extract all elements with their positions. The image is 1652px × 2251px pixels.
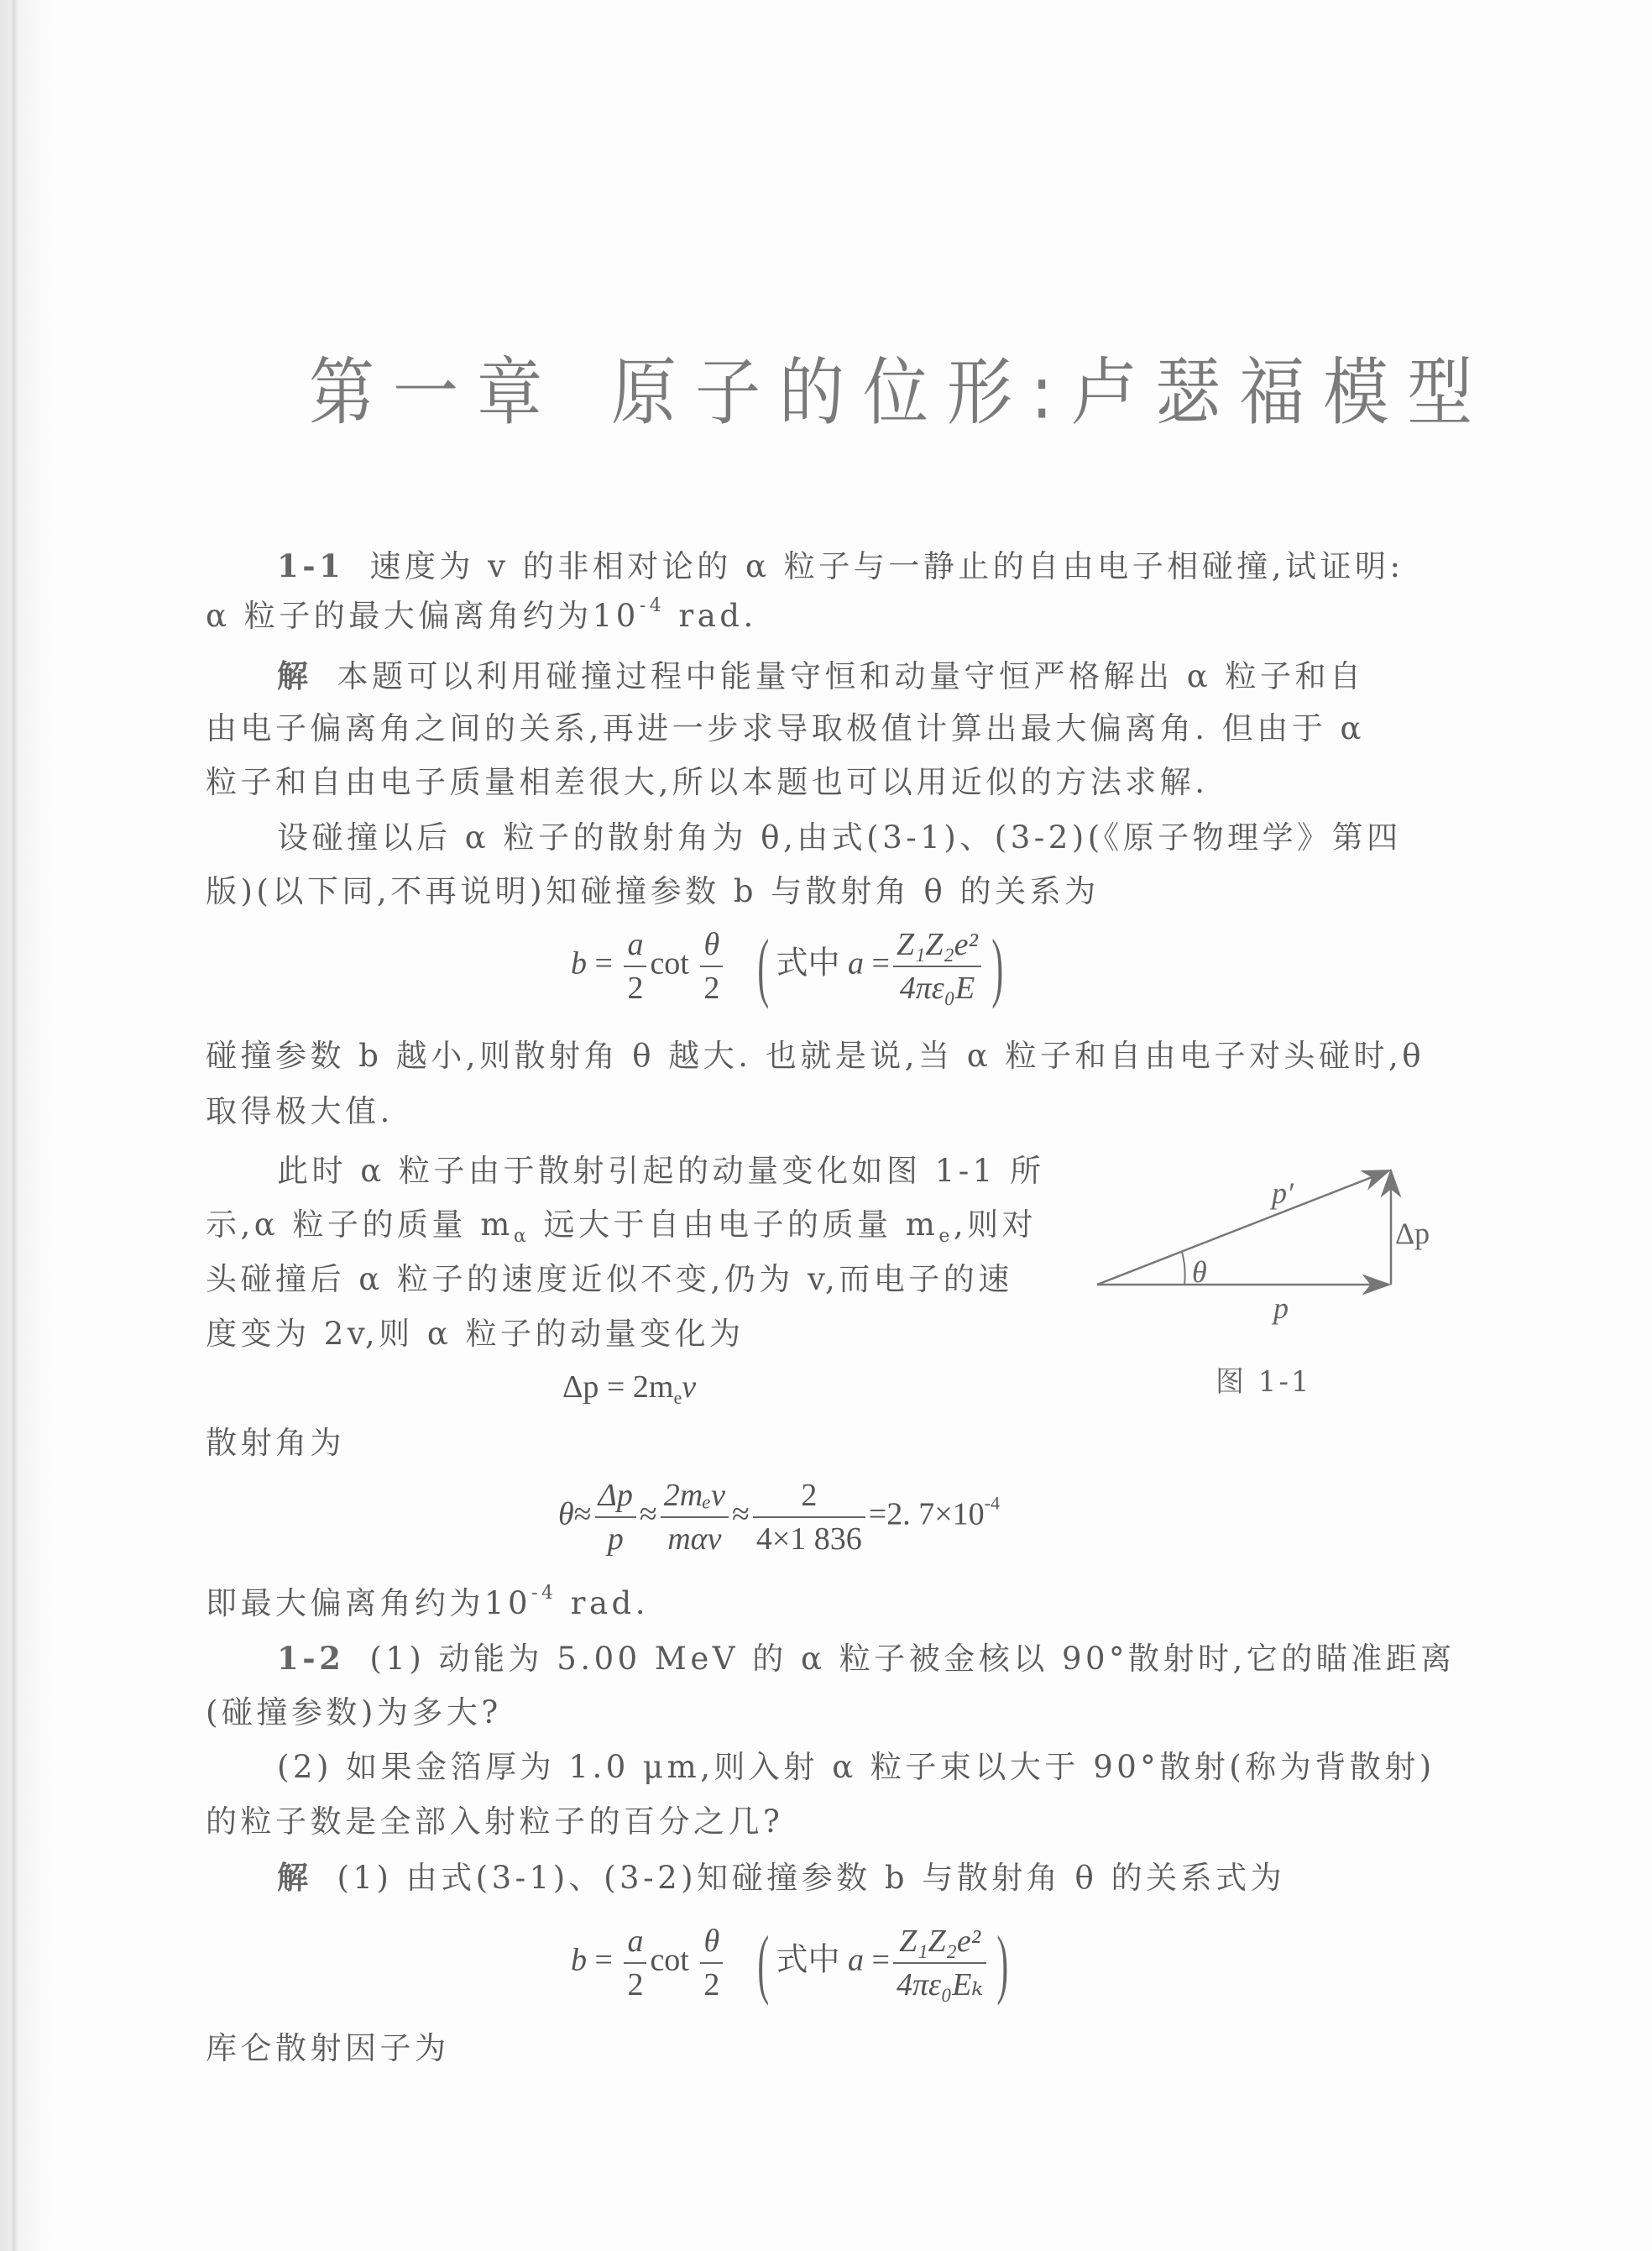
fraction: θ2	[700, 1924, 723, 2002]
label-p: p	[1273, 1290, 1289, 1326]
label-theta: θ	[1192, 1254, 1207, 1290]
equation-scattering-angle: θ≈Δpp≈2mₑvmαv≈24×1 836=2. 7×10-4	[558, 1478, 1000, 1557]
solution-1-2: 解(1) 由式(3-1)、(3-2)知碰撞参数 b 与散射角 θ 的关系式为	[277, 1859, 1536, 1897]
text-line: 此时 α 粒子由于散射引起的动量变化如图 1-1 所	[277, 1153, 1083, 1190]
text-line: (2) 如果金箔厚为 1.0 μm,则入射 α 粒子束以大于 90°散射(称为背…	[277, 1749, 1536, 1786]
text-line: 库仑散射因子为	[206, 2030, 1465, 2067]
chapter-number: 第一章	[309, 351, 561, 436]
angle-arc	[1182, 1252, 1185, 1285]
figure-caption: 图 1-1	[1215, 1358, 1312, 1400]
chapter-title: 第一章原子的位形:卢瑟福模型	[309, 334, 1367, 439]
fraction: Z₁Z₂e²4πε₀E	[893, 927, 981, 1006]
text-line: 版)(以下同,不再说明)知碰撞参数 b 与散射角 θ 的关系为	[206, 873, 1465, 910]
text-line: 由电子偏离角之间的关系,再进一步求导取极值计算出最大偏离角. 但由于 α	[206, 710, 1465, 747]
label-delta-p: Δp	[1395, 1216, 1430, 1251]
text-line: 取得极大值.	[206, 1093, 1465, 1130]
solution-1-1-para1: 解本题可以利用碰撞过程中能量守恒和动量守恒严格解出 α 粒子和自	[277, 657, 1536, 695]
fraction: Z₁Z₂e²4πε₀Eₖ	[893, 1924, 986, 2002]
text-line: 设碰撞以后 α 粒子的散射角为 θ,由式(3-1)、(3-2)(《原子物理学》第…	[277, 819, 1536, 856]
label-p-prime: p′	[1272, 1175, 1294, 1211]
equation-impact-parameter-2: b = a2cot θ2 (式中 a =Z₁Z₂e²4πε₀Eₖ)	[571, 1919, 1016, 2008]
solution-label: 解	[277, 1859, 312, 1896]
problem-1-2-statement: 1-2(1) 动能为 5.00 MeV 的 α 粒子被金核以 90°散射时,它的…	[277, 1640, 1536, 1678]
equation-momentum-change: Δp = 2mev	[562, 1369, 696, 1406]
text-line: 散射角为	[206, 1425, 1465, 1462]
text-line: 即最大偏离角约为10-4 rad.	[206, 1585, 1465, 1622]
problem-1-1-statement: 1-1速度为 v 的非相对论的 α 粒子与一静止的自由电子相碰撞,试证明:	[277, 547, 1536, 585]
text-line: (碰撞参数)为多大?	[206, 1694, 1465, 1731]
textbook-page: 第一章原子的位形:卢瑟福模型 1-1速度为 v 的非相对论的 α 粒子与一静止的…	[0, 0, 1652, 2251]
chapter-name: 原子的位形:卢瑟福模型	[611, 351, 1491, 436]
problem-number: 1-1	[277, 547, 344, 584]
solution-label: 解	[277, 657, 312, 694]
fraction: a2	[624, 1924, 646, 2002]
fraction: θ2	[700, 927, 723, 1006]
text-line: 头碰撞后 α 粒子的速度近似不变,仍为 v,而电子的速	[206, 1261, 1079, 1298]
text-line: 粒子和自由电子质量相差很大,所以本题也可以用近似的方法求解.	[206, 764, 1465, 801]
problem-1-1-statement-cont: α 粒子的最大偏离角约为10-4 rad.	[206, 598, 1465, 635]
fraction: 2mₑvmαv	[661, 1478, 729, 1557]
text-line: 的粒子数是全部入射粒子的百分之几?	[206, 1803, 1465, 1840]
problem-number: 1-2	[277, 1640, 344, 1677]
vector-p-prime	[1097, 1170, 1389, 1285]
fraction: a2	[624, 927, 646, 1006]
equation-impact-parameter: b = a2cot θ2 (式中 a =Z₁Z₂e²4πε₀E)	[571, 922, 1011, 1011]
text-line: 度变为 2v,则 α 粒子的动量变化为	[206, 1316, 1079, 1353]
fraction: 24×1 836	[753, 1478, 865, 1557]
text-line: 示,α 粒子的质量 mα 远大于自由电子的质量 me,则对	[206, 1207, 1079, 1243]
text-line: 碰撞参数 b 越小,则散射角 θ 越大. 也就是说,当 α 粒子和自由电子对头碰…	[206, 1038, 1465, 1075]
fraction: Δpp	[595, 1478, 636, 1557]
